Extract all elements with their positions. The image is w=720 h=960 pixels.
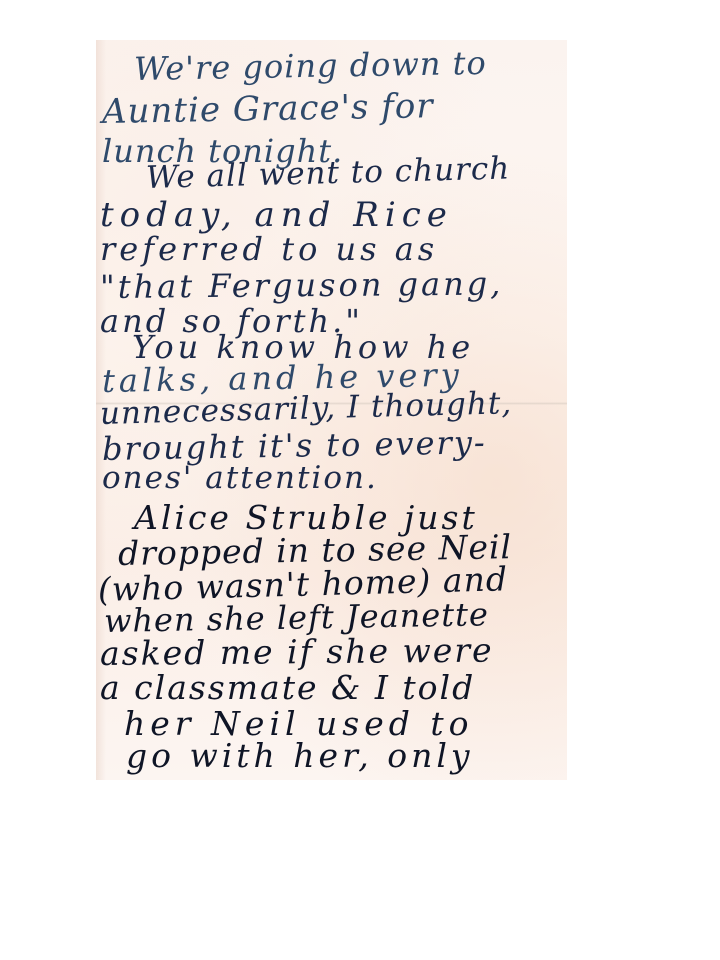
handwritten-line: asked me if she were <box>100 631 494 673</box>
handwritten-line: ones' attention. <box>102 460 378 496</box>
handwritten-line: today, and Rice <box>100 195 453 235</box>
handwritten-line: Auntie Grace's for <box>102 86 434 132</box>
handwritten-line: referred to us as <box>100 230 438 268</box>
handwritten-line: a classmate & I told <box>100 668 475 707</box>
handwritten-line: We're going down to <box>134 44 487 88</box>
letter-page: We're going down to Auntie Grace's for l… <box>96 40 567 780</box>
handwritten-text: We're going down to Auntie Grace's for l… <box>96 40 567 780</box>
handwritten-line: go with her, only <box>126 736 474 775</box>
handwritten-line: "that Ferguson gang, <box>100 264 504 306</box>
